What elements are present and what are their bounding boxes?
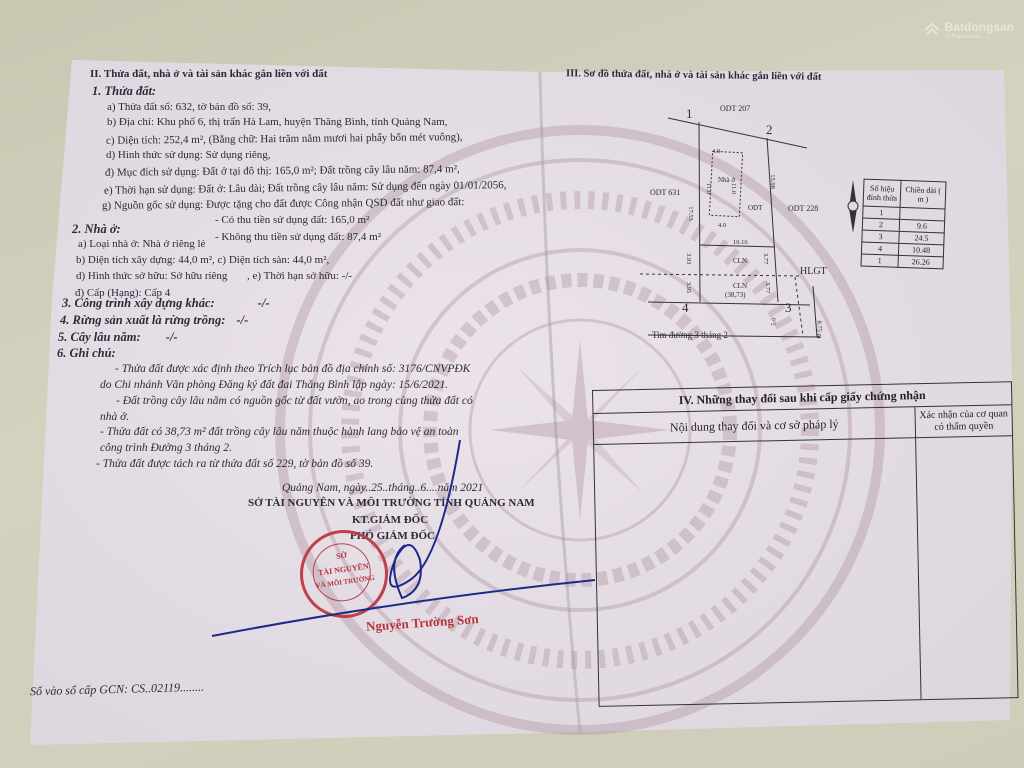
dimension-label: 4.0 — [712, 148, 720, 155]
vertex-length-table: Số hiệu đỉnh thửaChiều dài ( m ) 129.632… — [860, 179, 946, 270]
vertex-point-label: 1 — [686, 106, 693, 122]
diagram-label-cln2: CLN — [733, 282, 747, 290]
dimension-label: 3.77 — [764, 282, 771, 293]
diagram-label-center: ODT — [748, 204, 762, 212]
diagram-label-road: Tim đường 3 tháng 2 — [652, 330, 728, 340]
dimension-label: 3.95 — [685, 282, 692, 293]
diagram-label-east: ODT 228 — [788, 204, 818, 213]
diagram-label-cln2_area: (38,73) — [725, 291, 745, 299]
dimension-label: 8.75 m — [816, 320, 823, 338]
dimension-label: 3.93 — [685, 253, 692, 264]
diagram-label-cln1: CLN — [733, 257, 747, 265]
vertex-point-label: 4 — [682, 300, 689, 316]
dimension-label: 15.98 — [769, 174, 776, 189]
length-cell: 26.26 — [898, 255, 943, 269]
dimension-label: 11.0 — [730, 183, 737, 194]
dimension-label: 10.16 — [733, 239, 748, 246]
diagram-label-north: ODT 207 — [720, 104, 750, 113]
header-vertex: Số hiệu đỉnh thửa — [863, 179, 901, 207]
changes-col-content: Nội dung thay đổi và cơ sở pháp lý — [594, 407, 917, 444]
dimension-label: 17.55 — [687, 206, 694, 221]
table-row: 126.26 — [861, 254, 943, 269]
dimension-label: 11.0 — [705, 183, 712, 194]
dimension-label: 4.0 — [718, 222, 726, 229]
diagram-label-hlgt: HLGT — [800, 266, 827, 277]
header-length: Chiều dài ( m ) — [900, 180, 946, 209]
diagram-label-west: ODT 631 — [650, 188, 680, 197]
dimension-label: 5.0 — [771, 317, 778, 325]
dimension-label: 3.77 — [762, 253, 769, 264]
changes-col-confirmation: Xác nhận của cơ quan có thẩm quyền — [915, 405, 1012, 437]
changes-table: IV. Những thay đổi sau khi cấp giấy chứn… — [592, 381, 1019, 707]
vertex-point-label: 2 — [766, 122, 773, 138]
certificate-document: II. Thửa đất, nhà ở và tài sản khác gắn … — [0, 0, 1024, 768]
vertex-cell: 1 — [861, 254, 898, 267]
vertex-point-label: 3 — [785, 300, 792, 316]
